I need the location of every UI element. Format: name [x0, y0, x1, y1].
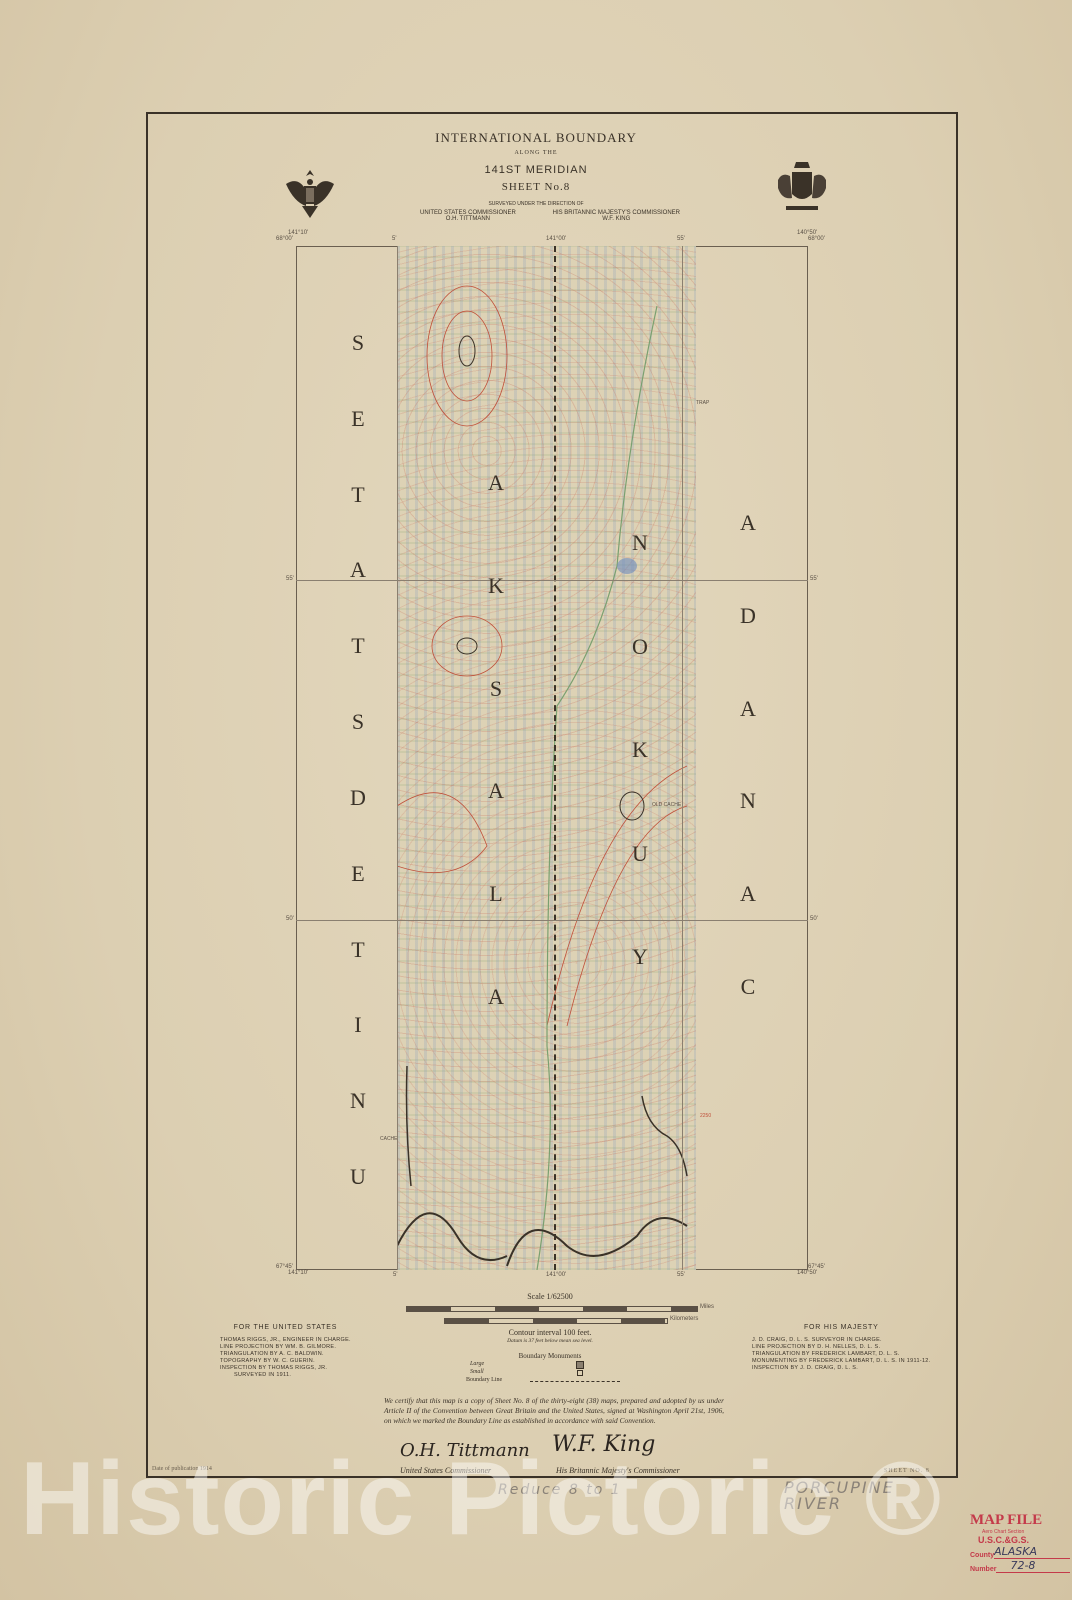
us-great-seal-icon — [280, 162, 340, 222]
scale-label: Scale 1/62500 — [380, 1292, 720, 1301]
certification-text: We certify that this map is a copy of Sh… — [384, 1396, 724, 1426]
surveyed-under: SURVEYED UNDER THE DIRECTION OF — [0, 201, 1072, 207]
label-alaska: A K S A L A — [488, 470, 504, 1010]
tick-top-5: 5' — [392, 236, 396, 242]
boundary-line-141 — [554, 246, 556, 1270]
watermark: Historic Pictoric ® — [20, 1440, 942, 1559]
map-file-stamp: MAP FILE Aero Chart Section U.S.C.&G.S. … — [970, 1512, 1070, 1573]
scale-bar-miles — [406, 1306, 698, 1312]
feature-trap: TRAP — [696, 400, 709, 406]
monument-small-symbol — [577, 1370, 583, 1376]
tick-top-right-lat: 68°00' — [808, 236, 825, 242]
monuments-heading: Boundary Monuments — [380, 1352, 720, 1360]
tick-left-50: 50' — [286, 916, 294, 922]
map-subtitle-along: ALONG THE — [0, 150, 1072, 156]
label-canada: A D A N A C — [740, 510, 756, 1000]
contour-lines — [397, 246, 696, 1270]
grid-line-55-east — [682, 246, 683, 1270]
boundary-line-symbol — [530, 1381, 620, 1382]
scale-bar-km — [444, 1318, 668, 1324]
miles-label: Miles — [700, 1304, 714, 1310]
map-title: INTERNATIONAL BOUNDARY — [0, 130, 1072, 146]
tick-right-50: 50' — [810, 916, 818, 922]
map-meridian: 141ST MERIDIAN — [0, 164, 1072, 176]
grid-line-50 — [296, 920, 808, 921]
grid-line-5 — [397, 246, 398, 1270]
monument-large-label: Large — [470, 1361, 484, 1367]
tick-top-left-lon: 141°10' — [288, 230, 308, 236]
credits-his-majesty: FOR HIS MAJESTY J. D. CRAIG, D. L. S. SU… — [752, 1324, 931, 1372]
tick-top-left-lat: 68°00' — [276, 236, 293, 242]
boundary-line-label: Boundary Line — [466, 1377, 502, 1383]
tick-bottom-right-lat: 67°45' — [808, 1264, 825, 1270]
label-united-states: S E T A T S D E T I N U — [350, 330, 366, 1190]
tick-bottom-5: 5' — [393, 1272, 397, 1278]
monument-small-label: Small — [470, 1369, 484, 1375]
us-commissioner: UNITED STATES COMMISSIONER O.H. TITTMANN — [420, 210, 516, 222]
tick-left-55: 55' — [286, 576, 294, 582]
contour-interval: Contour interval 100 feet. — [380, 1328, 720, 1337]
tick-bottom-center: 141°00' — [546, 1272, 566, 1278]
tick-bottom-right-lon: 140°50' — [797, 1270, 817, 1276]
british-royal-arms-icon — [772, 158, 832, 218]
monument-large-symbol — [576, 1361, 584, 1369]
feature-cache: CACHE — [380, 1136, 398, 1142]
elevation-label: 2250 — [700, 1113, 711, 1119]
credits-united-states: FOR THE UNITED STATES THOMAS RIGGS, JR.,… — [220, 1324, 351, 1379]
stamp-county: County ALASKA — [970, 1545, 1070, 1559]
tick-bottom-left-lon: 141°10' — [288, 1270, 308, 1276]
tick-right-55: 55' — [810, 576, 818, 582]
label-yukon: N O K U Y — [632, 530, 648, 970]
km-label: Kilometers — [670, 1316, 698, 1322]
datum-note: Datum is 37 feet below mean sea level. — [380, 1338, 720, 1344]
commissioners-row: UNITED STATES COMMISSIONER O.H. TITTMANN… — [420, 210, 680, 222]
uk-commissioner: HIS BRITANNIC MAJESTY'S COMMISSIONER W.F… — [553, 210, 680, 222]
grid-line-55 — [296, 580, 808, 581]
feature-old-cache: OLD CACHE — [652, 802, 681, 808]
sheet-number: SHEET No.8 — [0, 181, 1072, 193]
stamp-number: Number 72-8 — [970, 1559, 1070, 1573]
tick-bottom-55: 55' — [677, 1272, 685, 1278]
tick-top-center: 141°00' — [546, 236, 566, 242]
tick-top-55: 55' — [677, 236, 685, 242]
